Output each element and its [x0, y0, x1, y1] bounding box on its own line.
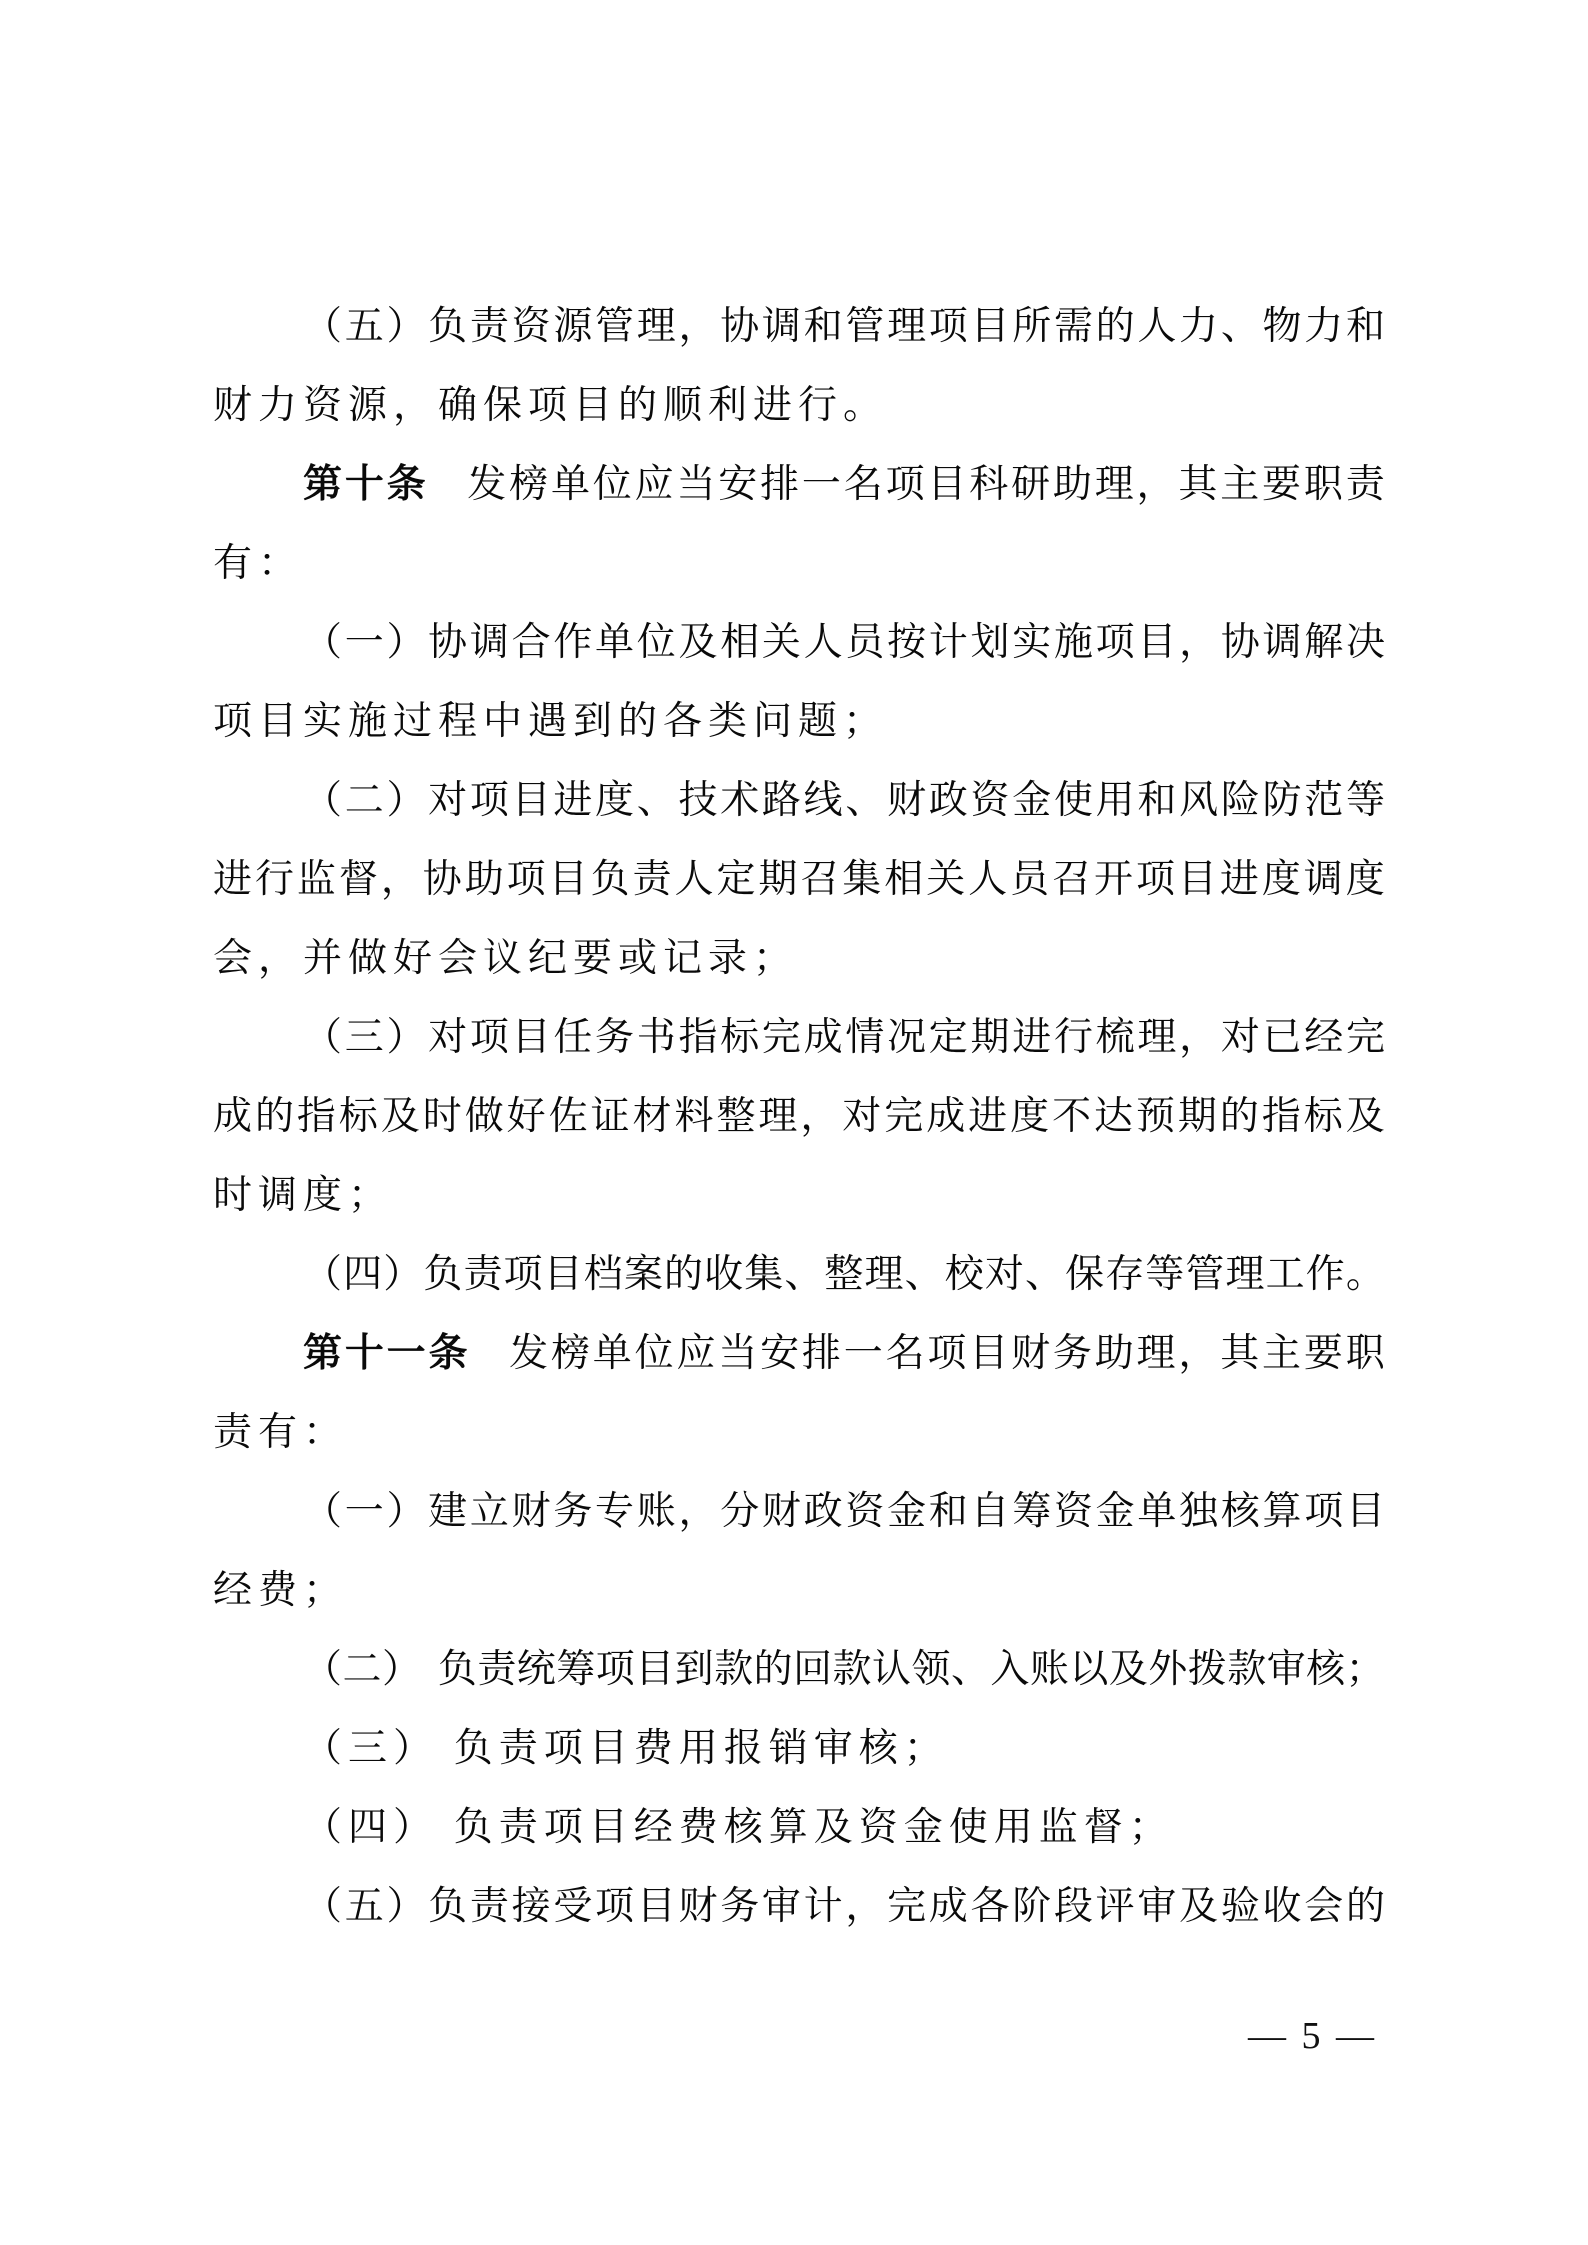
body-line: （二） 负责统筹项目到款的回款认领、入账以及外拨款审核； [213, 1630, 1385, 1709]
body-line: （五）负责接受项目财务审计，完成各阶段评审及验收会的 [213, 1867, 1385, 1946]
body-line: （四）负责项目档案的收集、整理、校对、保存等管理工作。 [213, 1235, 1385, 1314]
body-line: 财力资源，确保项目的顺利进行。 [213, 366, 1385, 445]
body-line: 成的指标及时做好佐证材料整理，对完成进度不达预期的指标及 [213, 1077, 1385, 1156]
body-line: （一）协调合作单位及相关人员按计划实施项目，协调解决 [213, 603, 1385, 682]
document-page: （五）负责资源管理，协调和管理项目所需的人力、物力和 财力资源，确保项目的顺利进… [0, 0, 1588, 2245]
body-line: 有： [213, 524, 1385, 603]
body-line: （三） 负责项目费用报销审核； [213, 1709, 1385, 1788]
body-line: 第十一条 发榜单位应当安排一名项目财务助理，其主要职 [213, 1314, 1385, 1393]
body-line: 进行监督，协助项目负责人定期召集相关人员召开项目进度调度 [213, 840, 1385, 919]
body-line: 责有： [213, 1393, 1385, 1472]
body-line: （二）对项目进度、技术路线、财政资金使用和风险防范等 [213, 761, 1385, 840]
page-body: （五）负责资源管理，协调和管理项目所需的人力、物力和 财力资源，确保项目的顺利进… [213, 287, 1385, 1946]
body-line: 经费； [213, 1551, 1385, 1630]
body-line: 时调度； [213, 1156, 1385, 1235]
body-line: 会，并做好会议纪要或记录； [213, 919, 1385, 998]
body-line: 项目实施过程中遇到的各类问题； [213, 682, 1385, 761]
page-number: — 5 — [1248, 2012, 1377, 2060]
body-line: （五）负责资源管理，协调和管理项目所需的人力、物力和 [213, 287, 1385, 366]
body-line: 第十条 发榜单位应当安排一名项目科研助理，其主要职责 [213, 445, 1385, 524]
body-line: （一）建立财务专账，分财政资金和自筹资金单独核算项目 [213, 1472, 1385, 1551]
body-line: （三）对项目任务书指标完成情况定期进行梳理，对已经完 [213, 998, 1385, 1077]
body-line: （四） 负责项目经费核算及资金使用监督； [213, 1788, 1385, 1867]
